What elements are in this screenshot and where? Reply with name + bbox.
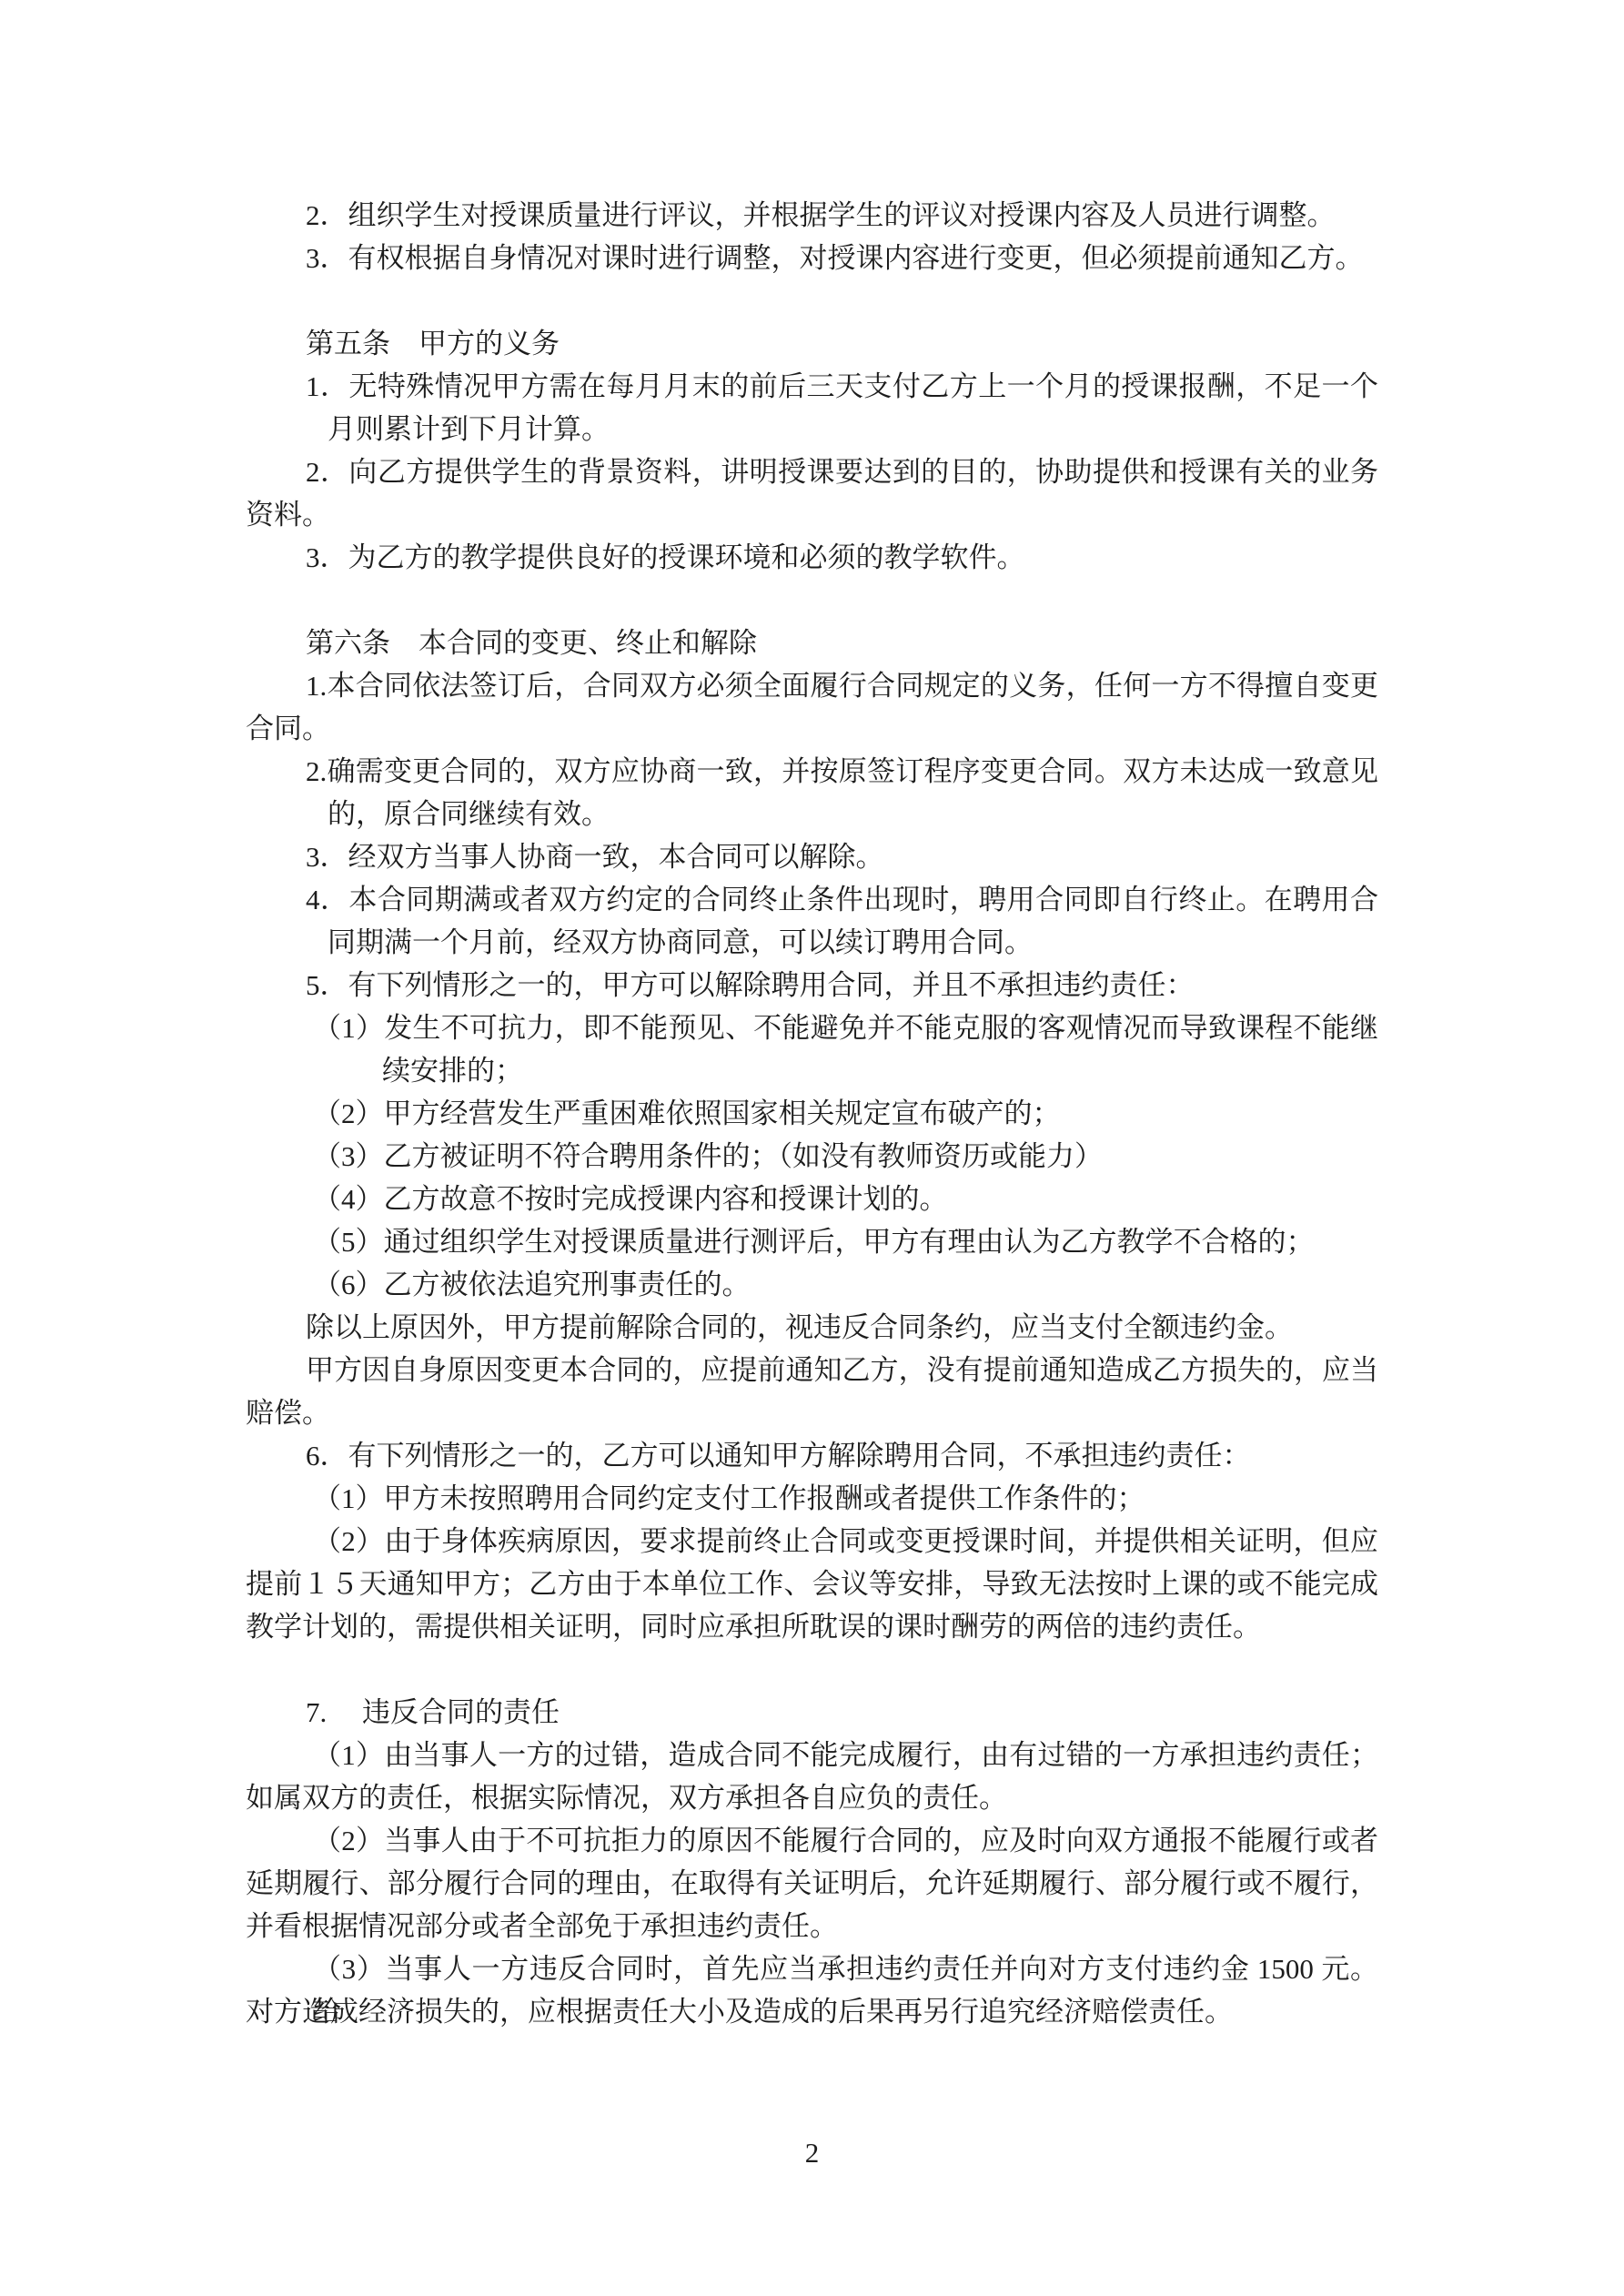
document-line: 3．经双方当事人协商一致，本合同可以解除。 bbox=[246, 835, 1378, 878]
document-line: 3．为乙方的教学提供良好的授课环境和必须的教学软件。 bbox=[246, 536, 1378, 579]
document-line: 教学计划的，需提供相关证明，同时应承担所耽误的课时酬劳的两倍的违约责任。 bbox=[246, 1605, 1378, 1648]
document-line: 1．无特殊情况甲方需在每月月末的前后三天支付乙方上一个月的授课报酬，不足一个 bbox=[246, 365, 1378, 408]
document-line: 续安排的； bbox=[246, 1049, 1378, 1092]
page-number: 2 bbox=[0, 2131, 1624, 2174]
document-line: （3）当事人一方违反合同时，首先应当承担违约责任并向对方支付违约金 1500 元… bbox=[246, 1947, 1378, 1990]
document-line: （3）乙方被证明不符合聘用条件的；（如没有教师资历或能力） bbox=[246, 1135, 1378, 1178]
document-line: 甲方因自身原因变更本合同的，应提前通知乙方，没有提前通知造成乙方损失的，应当 bbox=[246, 1349, 1378, 1391]
document-line: 第六条 本合同的变更、终止和解除 bbox=[246, 622, 1378, 664]
document-line: 6．有下列情形之一的，乙方可以通知甲方解除聘用合同，不承担违约责任： bbox=[246, 1434, 1378, 1477]
document-line: 4．本合同期满或者双方约定的合同终止条件出现时，聘用合同即自行终止。在聘用合 bbox=[246, 878, 1378, 921]
document-line: （2）当事人由于不可抗拒力的原因不能履行合同的，应及时向双方通报不能履行或者 bbox=[246, 1819, 1378, 1862]
document-line: 延期履行、部分履行合同的理由，在取得有关证明后，允许延期履行、部分履行或不履行， bbox=[246, 1862, 1378, 1905]
document-line: （4）乙方故意不按时完成授课内容和授课计划的。 bbox=[246, 1178, 1378, 1220]
document-line: （2）甲方经营发生严重困难依照国家相关规定宣布破产的； bbox=[246, 1092, 1378, 1135]
document-line: 5．有下列情形之一的，甲方可以解除聘用合同，并且不承担违约责任： bbox=[246, 964, 1378, 1006]
document-line: （2）由于身体疾病原因，要求提前终止合同或变更授课时间，并提供相关证明，但应 bbox=[246, 1520, 1378, 1563]
document-line: 第五条 甲方的义务 bbox=[246, 322, 1378, 365]
document-line: 的，原合同继续有效。 bbox=[246, 793, 1378, 835]
document-line: 对方造成经济损失的，应根据责任大小及造成的后果再另行追究经济赔偿责任。 bbox=[246, 1990, 1378, 2033]
document-line: 赔偿。 bbox=[246, 1391, 1378, 1434]
blank-line bbox=[246, 1648, 1378, 1691]
document-line: 3．有权根据自身情况对课时进行调整，对授课内容进行变更，但必须提前通知乙方。 bbox=[246, 237, 1378, 279]
document-line: （6）乙方被依法追究刑事责任的。 bbox=[246, 1263, 1378, 1306]
document-line: （1）甲方未按照聘用合同约定支付工作报酬或者提供工作条件的； bbox=[246, 1477, 1378, 1520]
blank-line bbox=[246, 579, 1378, 622]
document-line: 2．组织学生对授课质量进行评议，并根据学生的评议对授课内容及人员进行调整。 bbox=[246, 194, 1378, 237]
document-line: （5）通过组织学生对授课质量进行测评后，甲方有理由认为乙方教学不合格的； bbox=[246, 1220, 1378, 1263]
document-line: 并看根据情况部分或者全部免于承担违约责任。 bbox=[246, 1905, 1378, 1947]
document-line: 7. 违反合同的责任 bbox=[246, 1691, 1378, 1734]
document-line: 1.本合同依法签订后，合同双方必须全面履行合同规定的义务，任何一方不得擅自变更 bbox=[246, 664, 1378, 707]
document-line: 提前１５天通知甲方；乙方由于本单位工作、会议等安排，导致无法按时上课的或不能完成 bbox=[246, 1563, 1378, 1605]
blank-line bbox=[246, 279, 1378, 322]
document-line: 资料。 bbox=[246, 493, 1378, 536]
document-line: 月则累计到下月计算。 bbox=[246, 408, 1378, 450]
document-line: （1）由当事人一方的过错，造成合同不能完成履行，由有过错的一方承担违约责任； bbox=[246, 1734, 1378, 1776]
document-line: 2.确需变更合同的，双方应协商一致，并按原签订程序变更合同。双方未达成一致意见 bbox=[246, 750, 1378, 793]
document-line: 如属双方的责任，根据实际情况，双方承担各自应负的责任。 bbox=[246, 1776, 1378, 1819]
document-line: 除以上原因外，甲方提前解除合同的，视违反合同条约，应当支付全额违约金。 bbox=[246, 1306, 1378, 1349]
document-line: 合同。 bbox=[246, 707, 1378, 750]
document-page: 2．组织学生对授课质量进行评议，并根据学生的评议对授课内容及人员进行调整。3．有… bbox=[0, 0, 1624, 2296]
document-line: （1）发生不可抗力，即不能预见、不能避免并不能克服的客观情况而导致课程不能继 bbox=[246, 1006, 1378, 1049]
document-body: 2．组织学生对授课质量进行评议，并根据学生的评议对授课内容及人员进行调整。3．有… bbox=[246, 194, 1378, 2033]
document-line: 同期满一个月前，经双方协商同意，可以续订聘用合同。 bbox=[246, 921, 1378, 964]
document-line: 2．向乙方提供学生的背景资料，讲明授课要达到的目的，协助提供和授课有关的业务 bbox=[246, 450, 1378, 493]
